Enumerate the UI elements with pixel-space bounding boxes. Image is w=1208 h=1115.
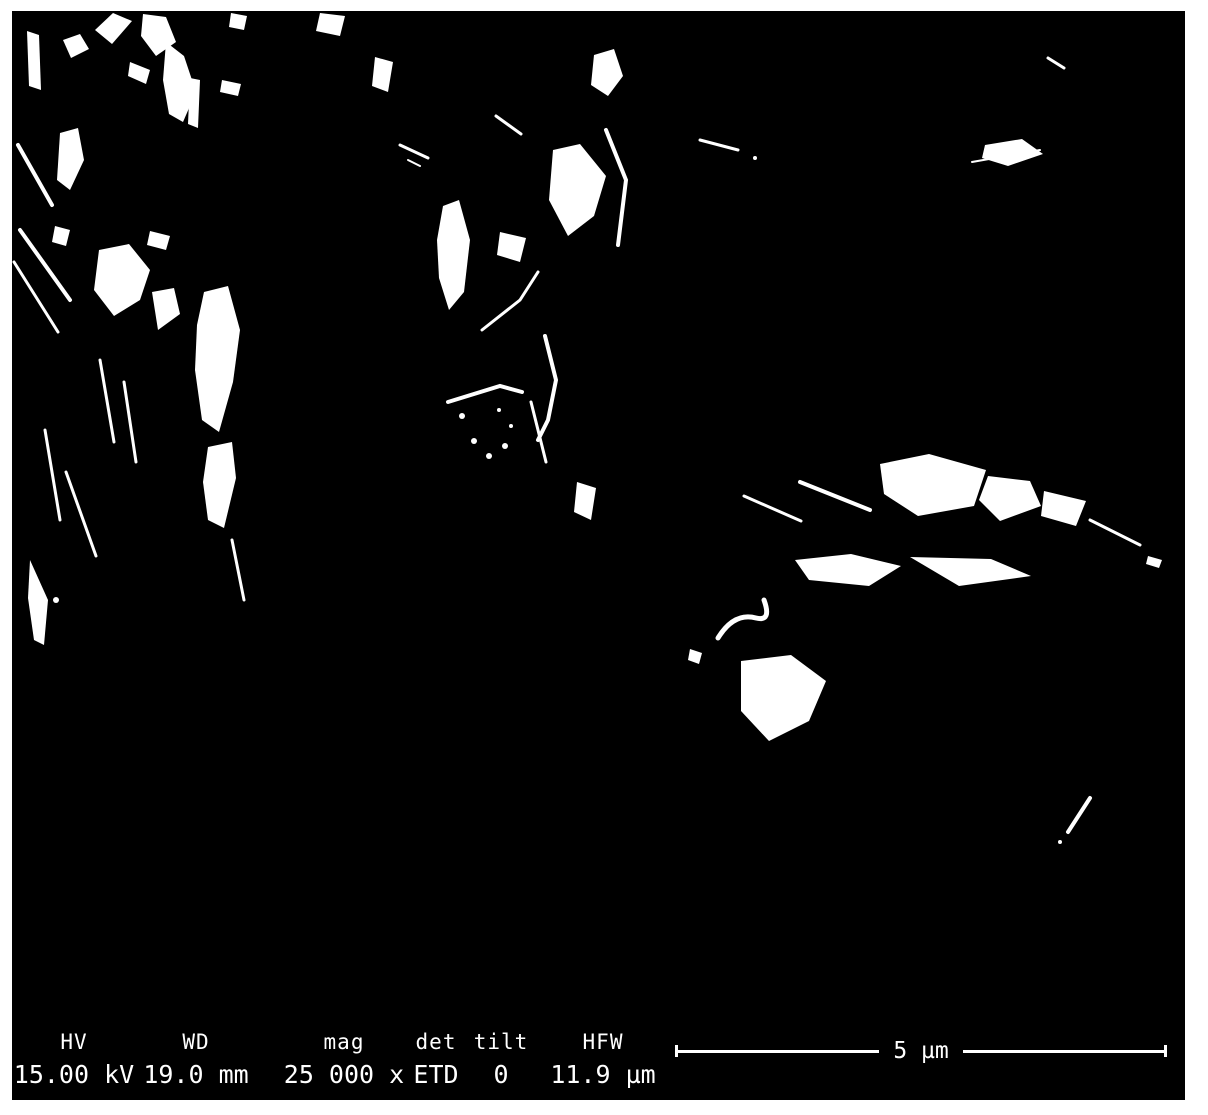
det-label: det <box>400 1030 472 1054</box>
databar-field-det: det ETD <box>400 1030 472 1100</box>
mag-value: 25 000 x <box>270 1060 418 1090</box>
micrograph-particle <box>1058 840 1062 844</box>
tilt-label: tilt <box>470 1030 532 1054</box>
hfw-label: HFW <box>538 1030 668 1054</box>
scale-bar-left-line <box>678 1050 879 1053</box>
databar-field-hfw: HFW 11.9 µm <box>538 1030 668 1100</box>
hfw-value: 11.9 µm <box>538 1060 668 1090</box>
det-value: ETD <box>400 1060 472 1090</box>
scale-bar-label: 5 µm <box>879 1038 962 1064</box>
micrograph-particle <box>471 438 477 444</box>
micrograph-particle <box>27 31 41 90</box>
micrograph-particle <box>53 597 59 603</box>
databar-field-mag: mag 25 000 x <box>270 1030 418 1100</box>
scale-bar-right-tick <box>1164 1045 1167 1057</box>
micrograph-particle <box>459 413 465 419</box>
databar-field-tilt: tilt 0 <box>470 1030 532 1100</box>
micrograph-particle <box>502 443 508 449</box>
micrograph-particle <box>486 453 492 459</box>
wd-label: WD <box>140 1030 252 1054</box>
databar-field-wd: WD 19.0 mm <box>140 1030 252 1100</box>
scale-bar: 5 µm <box>675 1036 1167 1066</box>
micrograph-particle <box>753 156 757 160</box>
micrograph-particle <box>188 78 200 128</box>
micrograph-particle <box>229 13 247 30</box>
mag-label: mag <box>270 1030 418 1054</box>
sem-micrograph-image <box>0 0 1208 1115</box>
micrograph-particle <box>497 408 501 412</box>
micrograph-particle <box>509 424 513 428</box>
hv-value: 15.00 kV <box>8 1060 140 1090</box>
scale-bar-right-line <box>963 1050 1164 1053</box>
wd-value: 19.0 mm <box>140 1060 252 1090</box>
hv-label: HV <box>8 1030 140 1054</box>
databar-field-hv: HV 15.00 kV <box>8 1030 140 1100</box>
tilt-value: 0 <box>470 1060 532 1090</box>
